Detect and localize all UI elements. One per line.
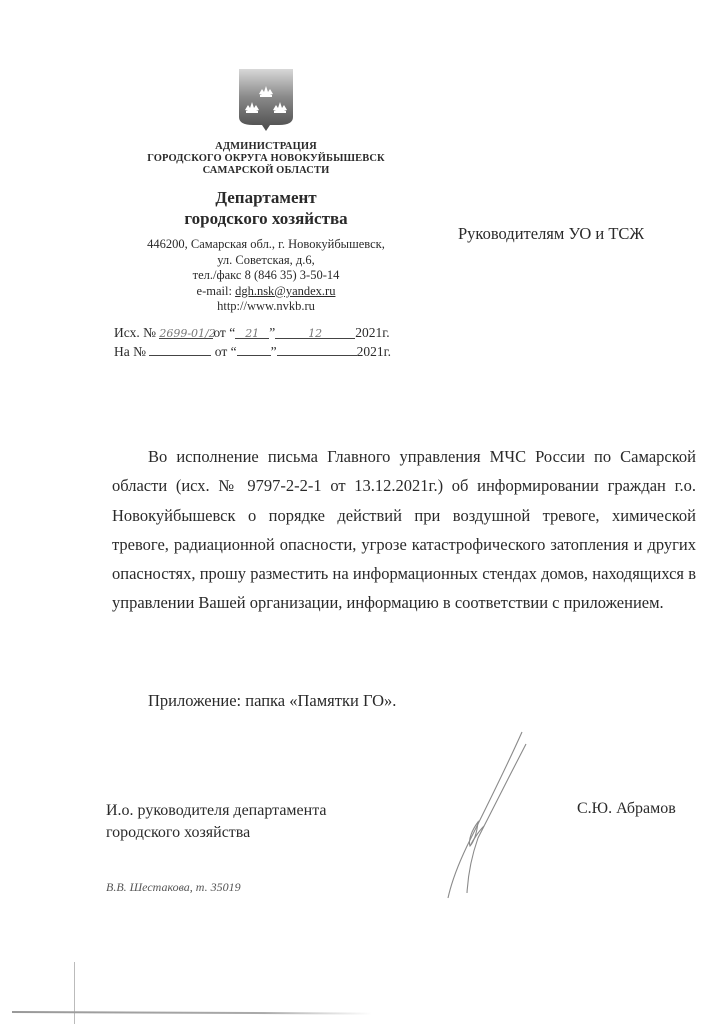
department-line-1: Департамент: [140, 187, 392, 208]
scan-artifact-line: [12, 1011, 372, 1015]
outgoing-month: 12: [308, 327, 322, 340]
outgoing-year: 2021г.: [355, 325, 389, 340]
org-line-2: ГОРОДСКОГО ОКРУГА НОВОКУЙБЫШЕВСК: [130, 153, 402, 165]
outgoing-number: 2699-01/2: [159, 327, 215, 340]
signer-position: И.о. руководителя департамента городског…: [106, 800, 327, 844]
signer-position-line-1: И.о. руководителя департамента: [106, 800, 327, 822]
handwritten-signature-icon: [430, 730, 550, 900]
website-link[interactable]: http://www.nvkb.ru: [128, 299, 404, 315]
email-label: e-mail:: [197, 284, 232, 298]
incoming-day-field: [237, 342, 271, 356]
email-line: e-mail: dgh.nsk@yandex.ru: [128, 284, 404, 300]
scan-artifact-line: [74, 962, 75, 1024]
coat-of-arms-icon: [237, 67, 295, 133]
org-line-1: АДМИНИСТРАЦИЯ: [130, 141, 402, 153]
incoming-month-field: [277, 342, 357, 356]
attachment-note: Приложение: папка «Памятки ГО».: [148, 691, 396, 711]
incoming-year: 2021г.: [357, 344, 391, 359]
phone-number: 8 (846 35) 3-50-14: [245, 268, 340, 282]
incoming-number-field: [149, 342, 211, 356]
department-name: Департамент городского хозяйства: [140, 187, 392, 229]
email-link[interactable]: dgh.nsk@yandex.ru: [235, 284, 335, 298]
phone-label: тел./факс: [193, 268, 242, 282]
outgoing-month-field: 12: [275, 325, 355, 339]
addressee: Руководителям УО и ТСЖ: [458, 224, 644, 244]
signer-position-line-2: городского хозяйства: [106, 822, 327, 844]
organization-name: АДМИНИСТРАЦИЯ ГОРОДСКОГО ОКРУГА НОВОКУЙБ…: [130, 141, 402, 177]
outgoing-reference: Исх. № 2699-01/2от “21”122021г.: [114, 325, 390, 341]
department-line-2: городского хозяйства: [140, 208, 392, 229]
body-paragraph: Во исполнение письма Главного управления…: [112, 442, 696, 618]
org-line-3: САМАРСКОЙ ОБЛАСТИ: [130, 165, 402, 177]
incoming-from-label: от: [215, 344, 227, 359]
outgoing-day-field: 21: [235, 325, 269, 339]
outgoing-number-field: 2699-01/2: [159, 325, 213, 339]
executor-info: В.В. Шестакова, т. 35019: [106, 880, 241, 895]
phone-line: тел./факс 8 (846 35) 3-50-14: [128, 268, 404, 284]
address-line-2: ул. Советская, д.6,: [128, 253, 404, 269]
contact-block: 446200, Самарская обл., г. Новокуйбышевс…: [128, 237, 404, 315]
outgoing-label: Исх. №: [114, 325, 156, 340]
incoming-label: На №: [114, 344, 146, 359]
outgoing-day: 21: [245, 327, 259, 340]
letter-body: Во исполнение письма Главного управления…: [112, 442, 696, 618]
address-line-1: 446200, Самарская обл., г. Новокуйбышевс…: [128, 237, 404, 253]
signer-name: С.Ю. Абрамов: [577, 800, 676, 818]
incoming-reference: На № от “”2021г.: [114, 342, 391, 360]
